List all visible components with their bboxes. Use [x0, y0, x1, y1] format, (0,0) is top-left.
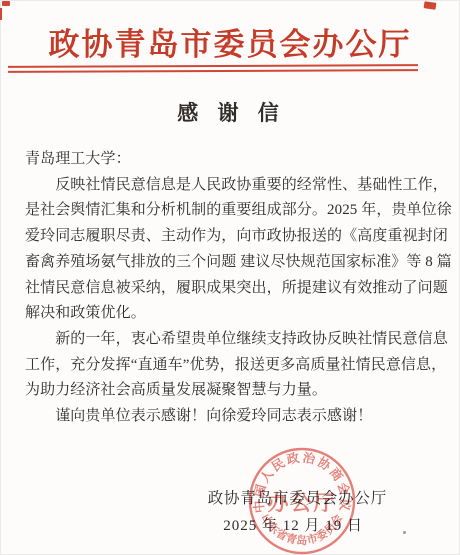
- scan-artifact-top-right: [424, 1, 437, 10]
- letterhead-org-name: 政协青岛市委员会办公厅: [0, 19, 460, 64]
- svg-text:山东省青岛市委员会: 山东省青岛市委员会: [259, 511, 345, 547]
- body-line: 爱玲同志履职尽责、主动作为，向市政协报送的《高度重视封闭: [25, 224, 427, 250]
- body-line: 是社会舆情汇集和分析机制的重要组成部分。2025 年，贵单位徐: [25, 198, 427, 224]
- body-line: 新的一年，衷心希望贵单位继续支持政协反映社情民意信息: [25, 327, 427, 353]
- official-seal: 中国人民政治协商会议 山东省青岛市委员会 办公厅: [247, 446, 357, 555]
- document-title: 感 谢 信: [0, 97, 460, 127]
- body-line: 谨向贵单位表示感谢！向徐爱玲同志表示感谢！: [25, 404, 427, 430]
- seal-bottom-arc-text: 山东省青岛市委员会: [259, 511, 345, 547]
- scan-artifact-top-left: [2, 1, 10, 6]
- body-line: 社情民意信息被采纳，履职成果突出，所提建议有效推动了问题: [25, 276, 427, 302]
- body-line: 为助力经济社会高质量发展凝聚智慧与力量。: [25, 378, 427, 404]
- body-line: 反映社情民意信息是人民政协重要的经常性、基础性工作，: [25, 173, 427, 199]
- scan-artifact-speck: [403, 531, 406, 534]
- seal-center-text: 办公厅: [268, 491, 337, 515]
- body-line: 工作，充分发挥“直通车”优势，报送更多高质量社情民意信息，: [25, 353, 427, 379]
- body-line: 畜禽养殖场氨气排放的三个问题 建议尽快规范国家标准》等 8 篇: [25, 250, 427, 276]
- letter-body: 青岛理工大学： 反映社情民意信息是人民政协重要的经常性、基础性工作， 是社会舆情…: [25, 147, 427, 430]
- letterhead-divider-rule: [8, 64, 418, 73]
- scanned-letter-page: 政协青岛市委员会办公厅 感 谢 信 青岛理工大学： 反映社情民意信息是人民政协重…: [0, 0, 460, 555]
- salutation-line: 青岛理工大学：: [25, 147, 427, 173]
- body-line: 解决和政策优化。: [25, 301, 427, 327]
